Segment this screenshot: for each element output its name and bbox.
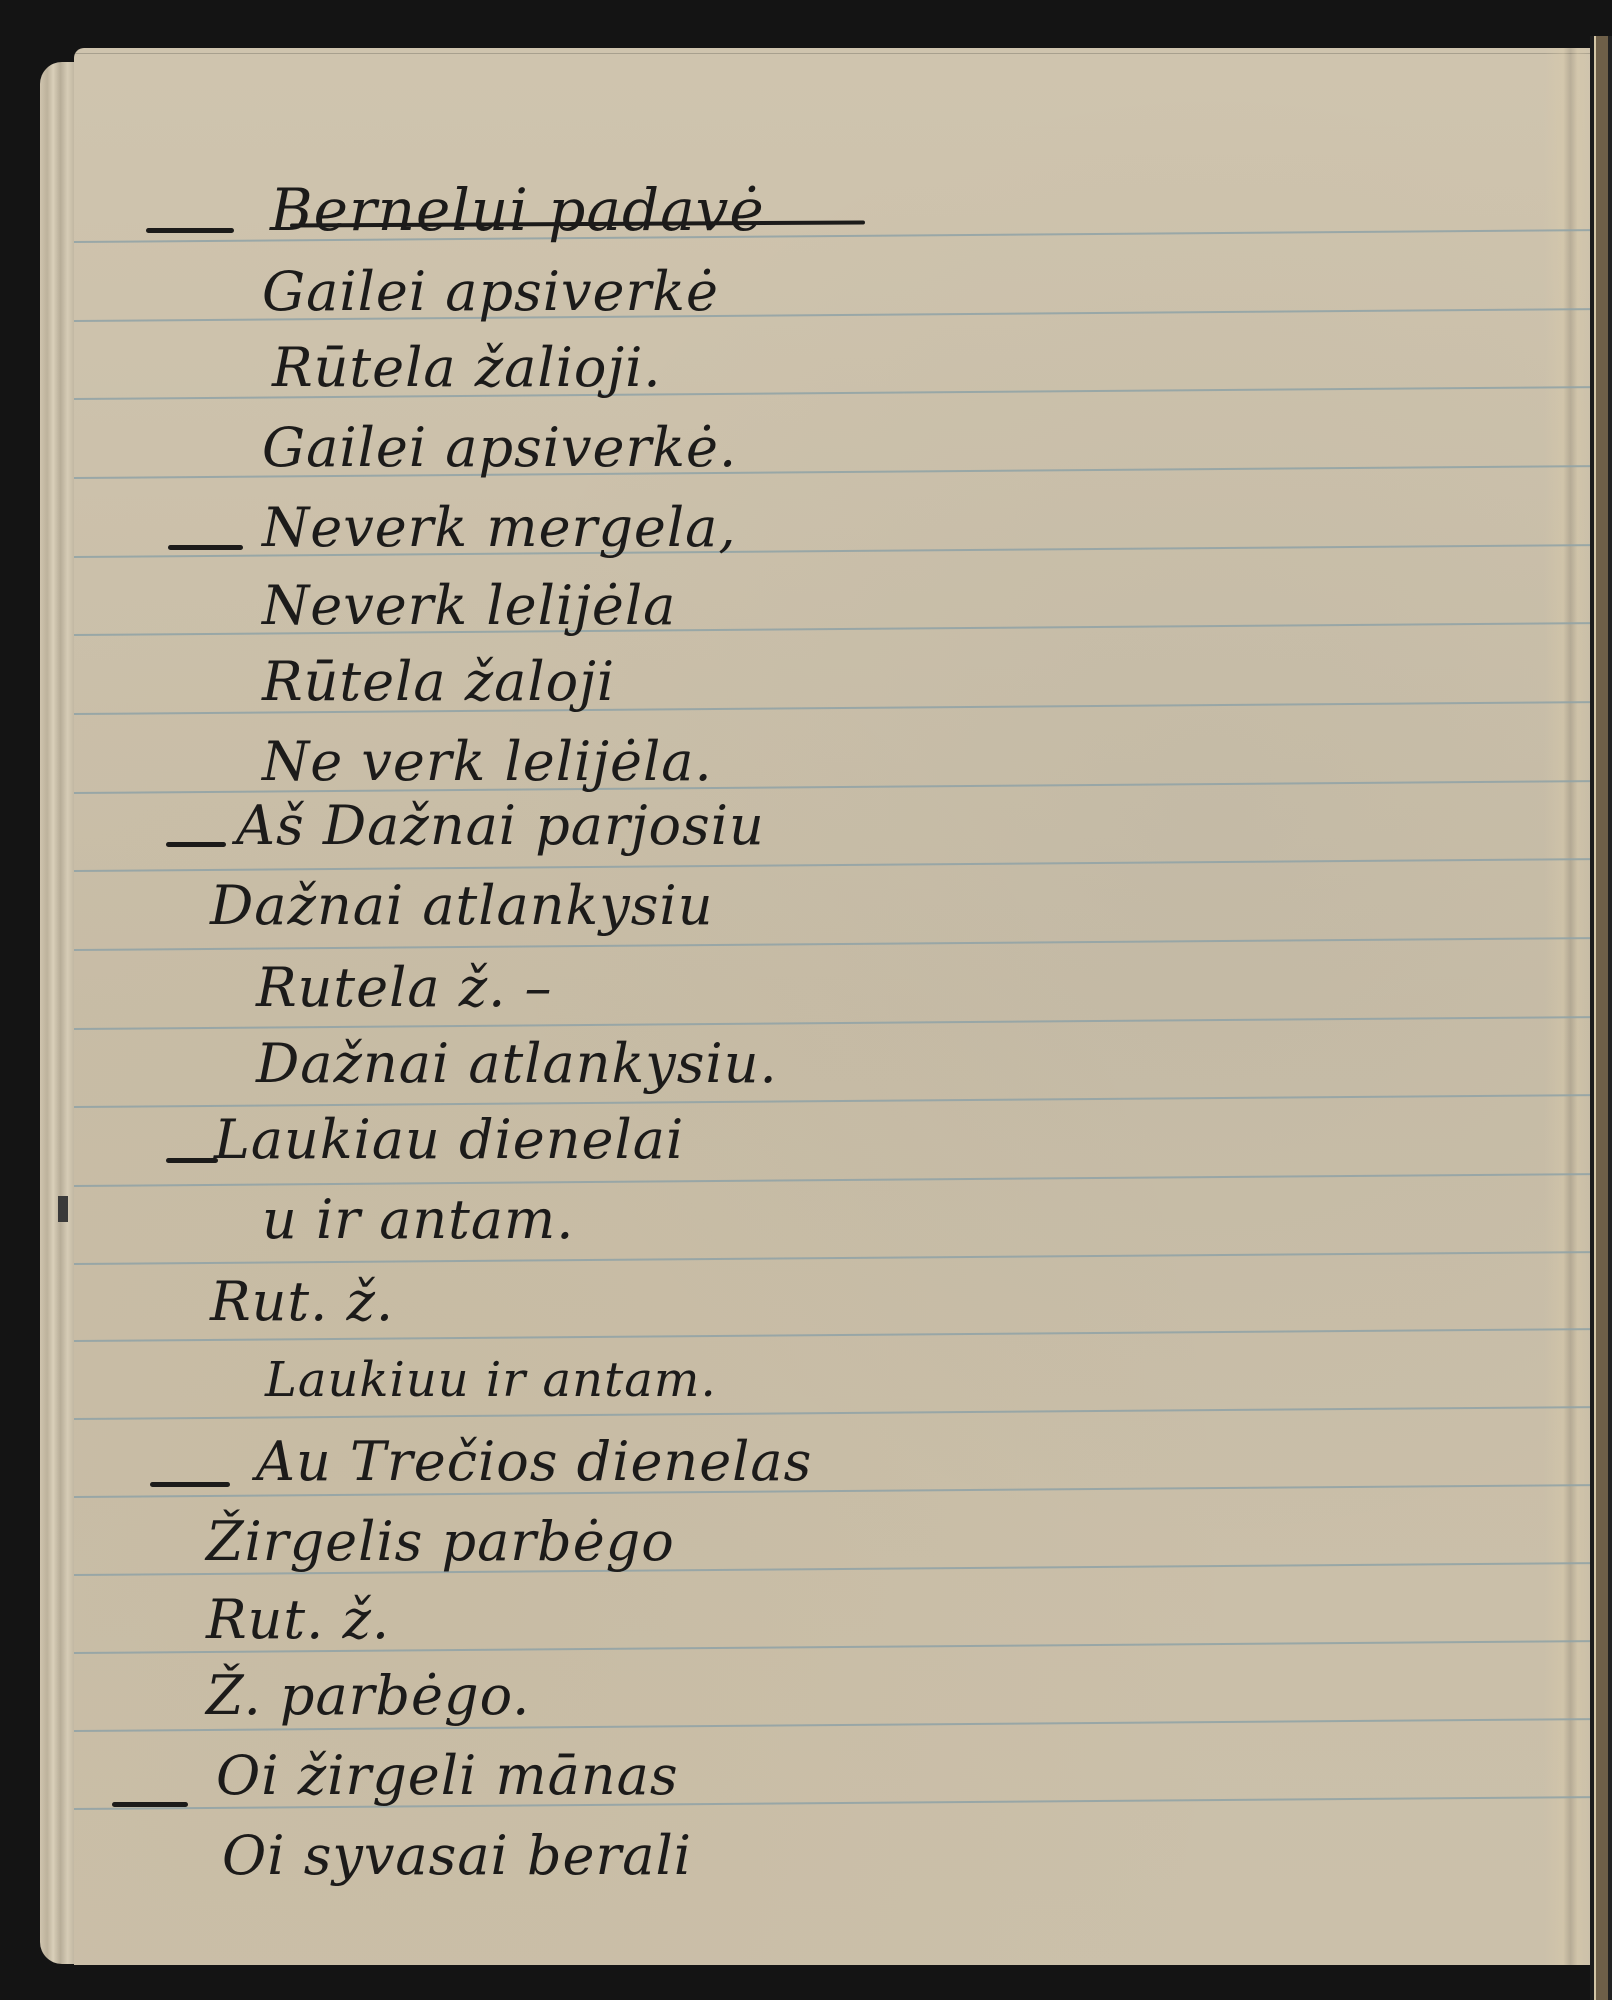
top-margin-line — [74, 53, 1592, 54]
verse-line: Ž. parbėgo. — [206, 1666, 530, 1726]
verse-line: Rūtela žaloji — [262, 652, 615, 712]
verse-line: Rut. ž. — [206, 1590, 390, 1650]
verse-line: Neverk lelijėla — [262, 576, 676, 636]
verse-line: Ne verk lelijėla. — [262, 732, 713, 792]
verse-line: Oi syvasai berali — [222, 1826, 692, 1886]
ruled-line — [74, 858, 1592, 872]
notebook-scan: Bernelui padavė Gailei apsiverkė Rūtela … — [0, 0, 1612, 2000]
verse-dash — [168, 545, 243, 550]
verse-line: Oi žirgeli mānas — [216, 1746, 679, 1806]
ruled-line — [74, 1251, 1592, 1265]
verse-line: Rūtela žalioji. — [272, 338, 662, 398]
verse-line: Gailei apsiverkė — [262, 262, 719, 322]
verse-line: Au Trečios dienelas — [256, 1432, 812, 1492]
verse-line: Rutela ž. – — [256, 958, 553, 1018]
page-fold-shadow — [1544, 48, 1592, 1965]
verse-line: Gailei apsiverkė. — [262, 418, 737, 478]
verse-dash — [112, 1802, 188, 1807]
verse-dash — [166, 1158, 218, 1163]
ruled-line — [74, 937, 1592, 951]
ruled-line — [74, 1173, 1592, 1187]
verse-line: Laukiuu ir antam. — [265, 1350, 717, 1410]
verse-line: Dažnai atlankysiu — [210, 876, 713, 936]
ink-blot — [58, 1196, 68, 1222]
book-binding-edge — [1590, 36, 1612, 2000]
verse-dash — [150, 1482, 230, 1487]
verse-dash — [146, 228, 234, 233]
verse-line: Neverk mergela, — [262, 498, 737, 558]
song-title: Bernelui padavė — [270, 180, 765, 240]
verse-line: Dažnai atlankysiu. — [256, 1034, 778, 1094]
verse-line: Rut. ž. — [210, 1272, 394, 1332]
verse-line: Žirgelis parbėgo — [206, 1512, 675, 1572]
verse-line: Aš Dažnai parjosiu — [236, 796, 765, 856]
verse-dash — [166, 842, 226, 847]
verse-line: Laukiau dienelai — [214, 1110, 684, 1170]
ruled-line — [74, 1094, 1592, 1108]
verse-line: u ir antam. — [262, 1190, 574, 1250]
